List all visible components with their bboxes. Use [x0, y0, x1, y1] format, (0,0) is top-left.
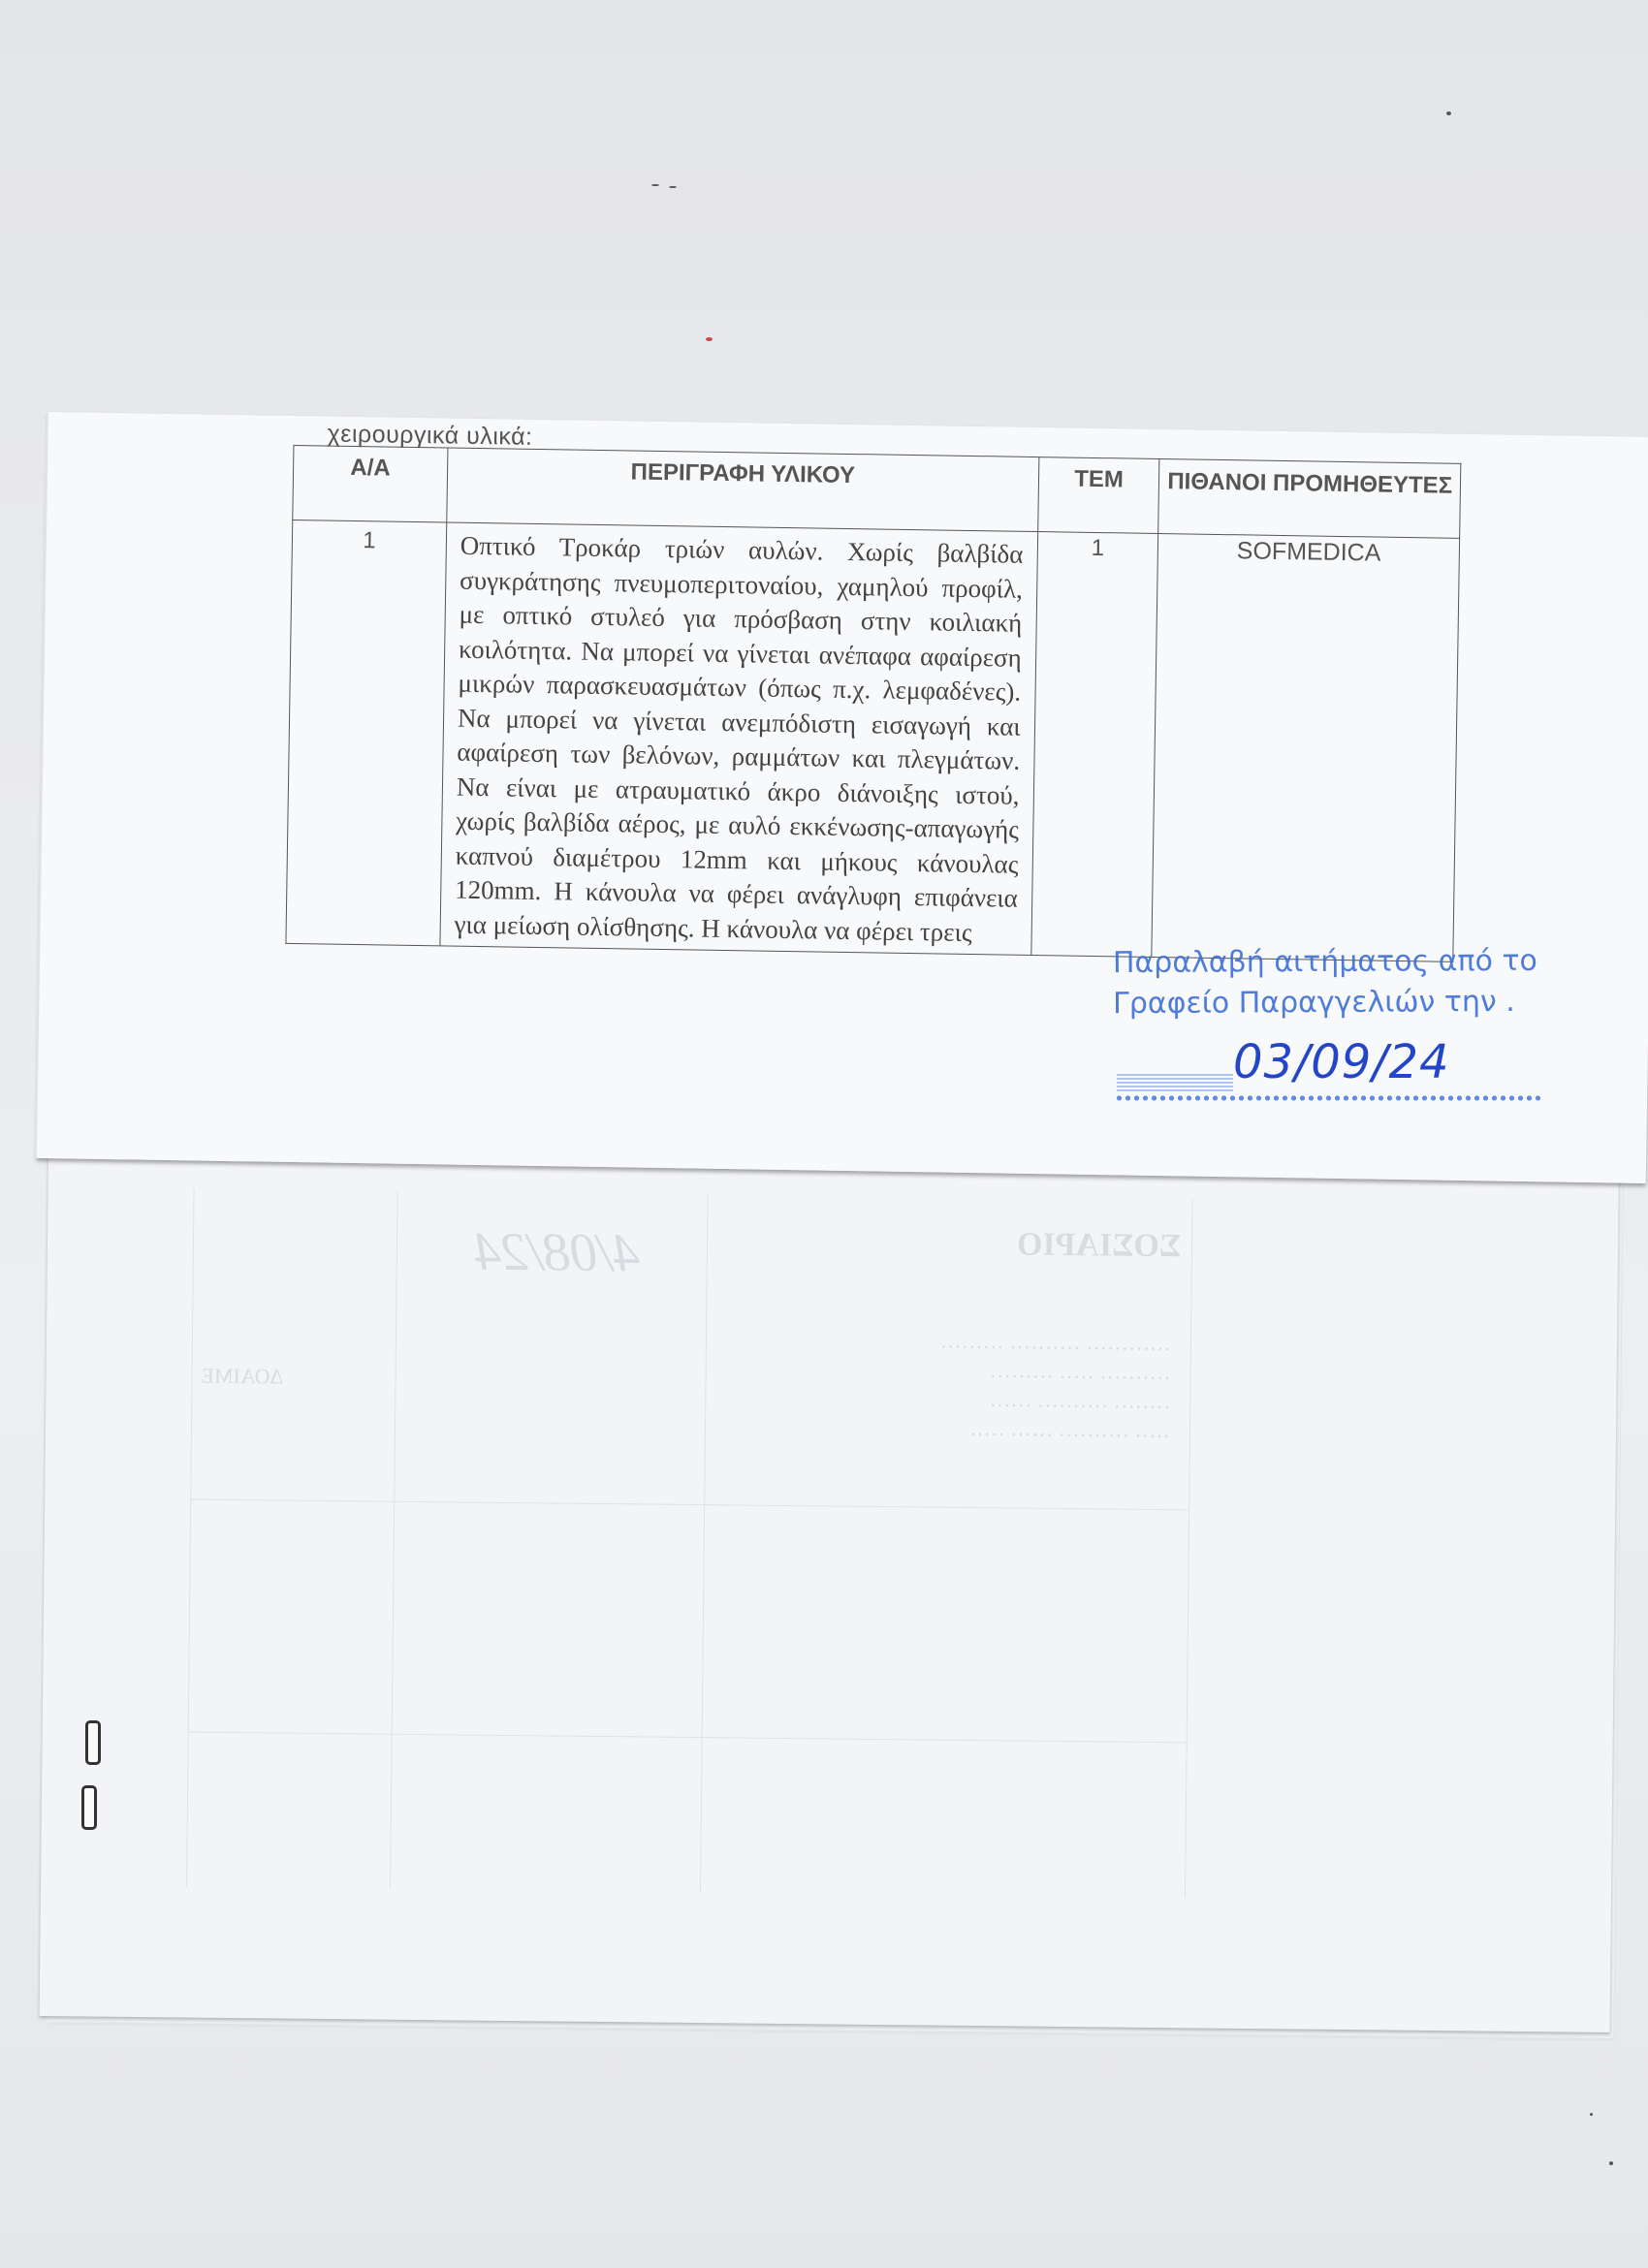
- staple-icon: [85, 1720, 101, 1765]
- header-aa: Α/Α: [293, 445, 448, 521]
- row-description: Οπτικό Τροκάρ τριών αυλών. Χωρίς βαλβίδα…: [440, 522, 1038, 956]
- staple-icon: [81, 1785, 97, 1830]
- bleed-through-handwriting: 4/08/24: [474, 1221, 641, 1285]
- stamp-dotted-line: [1115, 1095, 1541, 1101]
- bleed-through-text: ΣΟΣΙΑΡΙΟ: [1017, 1226, 1182, 1265]
- dust-speck: [1590, 2113, 1593, 2116]
- row-number: 1: [286, 520, 447, 945]
- received-stamp: Παραλαβή αιτήματος από το Γραφείο Παραγγ…: [1113, 941, 1537, 1024]
- dust-speck: [651, 184, 659, 186]
- row-quantity: 1: [1030, 532, 1158, 958]
- bleed-through-text: ΔΟΑΙΜΕ: [201, 1364, 283, 1390]
- stamp-line-1: Παραλαβή αιτήματος από το: [1113, 941, 1537, 984]
- handwritten-date: 03/09/24: [1233, 1035, 1450, 1089]
- header-suppliers: ΠΙΘΑΝΟΙ ΠΡΟΜΗΘΕΥΤΕΣ: [1158, 459, 1461, 539]
- bleed-table-line: [390, 1191, 398, 1889]
- dust-speck: [1446, 111, 1451, 115]
- dust-speck: [1609, 2161, 1613, 2165]
- table-row: 1 Οπτικό Τροκάρ τριών αυλών. Χωρίς βαλβί…: [286, 520, 1460, 961]
- dust-speck: [669, 186, 677, 188]
- bleed-table-line: [188, 1732, 1187, 1744]
- lower-page: ΣΟΣΙΑΡΙΟ 4/08/24 ············ ··········…: [40, 1149, 1619, 2032]
- header-quantity: ΤΕΜ: [1037, 457, 1159, 534]
- bleed-table-line: [700, 1194, 709, 1892]
- stamp-hatch-mark: [1117, 1074, 1233, 1091]
- bleed-table-line: [1185, 1199, 1193, 1897]
- materials-table: Α/Α ΠΕΡΙΓΡΑΦΗ ΥΛΙΚΟΥ ΤΕΜ ΠΙΘΑΝΟΙ ΠΡΟΜΗΘΕ…: [285, 445, 1461, 962]
- bleed-table-line: [186, 1189, 195, 1887]
- stamp-line-2: Γραφείο Παραγγελιών την .: [1113, 982, 1537, 1024]
- dust-speck: [706, 337, 713, 341]
- row-supplier: SOFMEDICA: [1152, 534, 1459, 962]
- bleed-through-text: ············ ·········· ················…: [724, 1330, 1171, 1451]
- bleed-table-line: [190, 1499, 1188, 1511]
- stamp-date-field: 03/09/24: [1115, 1049, 1541, 1107]
- header-description: ΠΕΡΙΓΡΑΦΗ ΥΛΙΚΟΥ: [447, 448, 1039, 532]
